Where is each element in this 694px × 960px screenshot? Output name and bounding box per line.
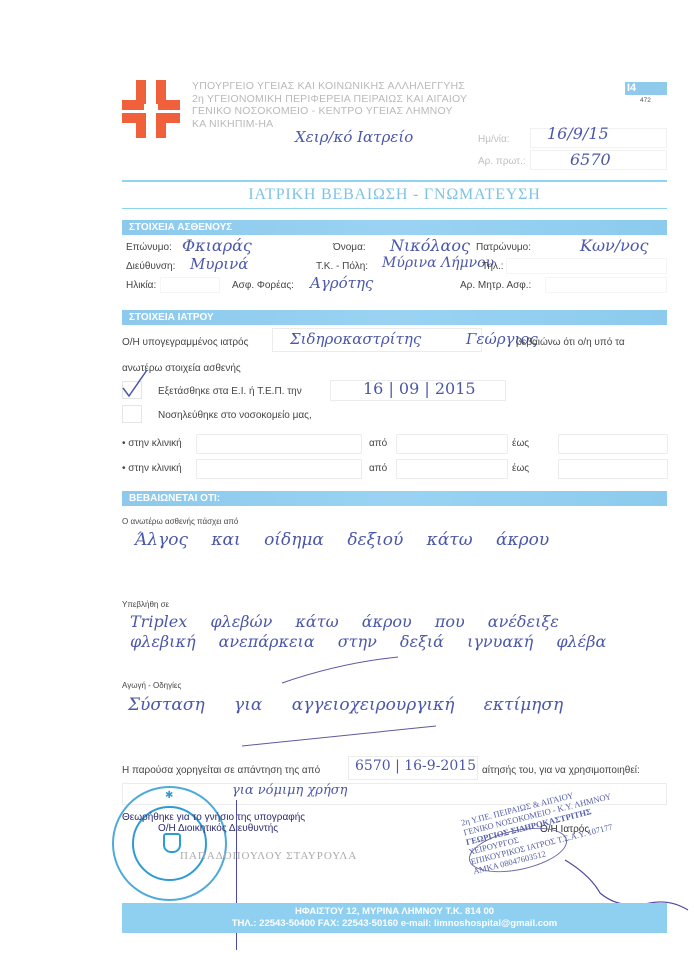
admin-verify-text: Θεωρήθηκε για το γνήσιο της υπογραφής: [122, 812, 305, 823]
form-code-badge: I4: [625, 82, 667, 95]
protocol-value: 6570: [570, 150, 611, 169]
certify-text: βεβαιώνω ότι ο/η υπό τα: [516, 337, 625, 348]
insurer-label: Ασφ. Φορέας:: [232, 280, 294, 291]
suffers-label: Ο ανωτέρω ασθενής πάσχει από: [122, 517, 238, 526]
handwritten-department: Χειρ/κό Ιατρείο: [295, 128, 413, 146]
surname-label: Επώνυμο:: [126, 242, 172, 253]
to-field[interactable]: [558, 434, 668, 454]
ministry-header: ΥΠΟΥΡΓΕΙΟ ΥΓΕΙΑΣ ΚΑΙ ΚΟΙΝΩΝΙΚΗΣ ΑΛΛΗΛΕΓΓ…: [192, 80, 467, 130]
divider: [122, 208, 667, 209]
section-patient-header: ΣΤΟΙΧΕΙΑ ΑΣΘΕΝΟΥΣ: [122, 220, 667, 235]
clinic-label: • στην κλινική: [122, 463, 182, 474]
from-field[interactable]: [396, 459, 508, 479]
section-certified-header: ΒΕΒΑΙΩΝΕΤΑΙ ΟΤΙ:: [122, 491, 667, 506]
checkmark-icon: [121, 374, 151, 396]
request-text-after: αίτησής του, για να χρησιμοποιηθεί:: [482, 765, 640, 776]
to-label: έως: [512, 463, 529, 474]
star-icon: ✱: [165, 790, 173, 801]
examined-label: Εξετάσθηκε στα Ε.Ι. ή Τ.Ε.Π. την: [158, 386, 302, 397]
coat-of-arms-icon: [163, 833, 181, 853]
underwent-value-line2[interactable]: φλεβική ανεπάρκεια στην δεξιά ιγνυακή φλ…: [130, 632, 606, 651]
from-label: από: [369, 463, 387, 474]
request-text-before: Η παρούσα χορηγείται σε απάντηση της από: [122, 765, 320, 776]
footer-address: ΗΦΑΙΣΤΟΥ 12, ΜΥΡΙΝΑ ΛΗΜΝΟΥ Τ.Κ. 814 00: [122, 906, 667, 918]
name-label: Όνομα:: [333, 242, 366, 253]
name-field[interactable]: Νικόλαος: [390, 236, 470, 255]
father-name-label: Πατρώνυμο:: [476, 242, 531, 253]
pen-stroke: [240, 722, 440, 750]
form-number: 472: [640, 97, 651, 104]
clinic-field[interactable]: [196, 459, 362, 479]
ministry-line: ΥΠΟΥΡΓΕΙΟ ΥΓΕΙΑΣ ΚΑΙ ΚΟΙΝΩΝΙΚΗΣ ΑΛΛΗΛΕΓΓ…: [192, 80, 467, 93]
insurer-field[interactable]: Αγρότης: [310, 274, 373, 292]
date-label: Ημ/νία:: [478, 134, 510, 145]
footer-contact-bar: ΗΦΑΙΣΤΟΥ 12, ΜΥΡΙΝΑ ΛΗΜΝΟΥ Τ.Κ. 814 00 Τ…: [122, 903, 667, 933]
section-doctor-header: ΣΤΟΙΧΕΙΑ ΙΑΤΡΟΥ: [122, 310, 667, 325]
address-label: Διεύθυνση:: [126, 261, 175, 272]
insurance-number-label: Αρ. Μητρ. Ασφ.:: [460, 280, 531, 291]
examined-checkbox[interactable]: [122, 381, 142, 399]
city-label: Τ.Κ. - Πόλη:: [316, 261, 368, 272]
underwent-label: Υπεβλήθη σε: [122, 600, 169, 609]
certify-text-2: ανωτέρω στοιχεία ασθενής: [122, 363, 241, 374]
phone-field[interactable]: [506, 258, 667, 274]
clinic-label: • στην κλινική: [122, 438, 182, 449]
to-label: έως: [512, 438, 529, 449]
from-field[interactable]: [396, 434, 508, 454]
page-title: ΙΑΤΡΙΚΗ ΒΕΒΑΙΩΣΗ - ΓΝΩΜΑΤΕΥΣΗ: [122, 186, 667, 204]
city-field[interactable]: Μύρινα Λήμνου: [382, 255, 494, 271]
age-label: Ηλικία:: [126, 280, 156, 291]
admin-director-title: Ο/Η Διοικητικός Διευθυντής: [158, 823, 278, 834]
suffers-value[interactable]: Άλγος και οίδημα δεξιού κάτω άκρου: [135, 530, 549, 550]
admin-name-stamp: ΠΑΠΑΔΟΠΟΥΛΟΥ ΣΤΑΥΡΟΥΛΑ: [180, 850, 357, 862]
age-field[interactable]: [160, 277, 220, 293]
ministry-line: ΓΕΝΙΚΟ ΝΟΣΟΚΟΜΕΙΟ - ΚΕΝΤΡΟ ΥΓΕΙΑΣ ΛΗΜΝΟΥ: [192, 105, 467, 118]
treatment-label: Αγωγή - Οδηγίες: [122, 681, 181, 690]
surname-field[interactable]: Φκιαράς: [182, 236, 252, 255]
request-value: 6570 | 16-9-2015: [355, 758, 476, 774]
address-field[interactable]: Μυρινά: [190, 255, 248, 273]
ministry-line: 2η ΥΓΕΙΟΝΟΜΙΚΗ ΠΕΡΙΦΕΡΕΙΑ ΠΕΙΡΑΙΩΣ ΚΑΙ Α…: [192, 93, 467, 106]
from-label: από: [369, 438, 387, 449]
usage-value: για νόμιμη χρήση: [232, 783, 347, 798]
footer-contacts: ΤΗΛ.: 22543-50400 FAX: 22543-50160 e-mai…: [122, 918, 667, 930]
clinic-field[interactable]: [196, 434, 362, 454]
hospital-cross-logo: [122, 80, 180, 138]
to-field[interactable]: [558, 459, 668, 479]
hospitalized-checkbox[interactable]: [122, 405, 142, 423]
undersigned-label: Ο/Η υπογεγραμμένος ιατρός: [122, 337, 248, 348]
phone-label: Τηλ.:: [482, 261, 504, 272]
insurance-number-field[interactable]: [545, 277, 667, 293]
divider: [122, 180, 667, 182]
underwent-value-line1[interactable]: Triplex φλεβών κάτω άκρου που ανέδειξε: [130, 612, 559, 631]
date-value: 16/9/15: [547, 124, 609, 143]
doctor-name-value: Σιδηροκαστρίτης Γεώργιος: [290, 330, 538, 348]
hospitalized-label: Νοσηλεύθηκε στο νοσοκομείο μας,: [158, 410, 312, 421]
protocol-label: Αρ. πρωτ.:: [478, 156, 526, 167]
pen-stroke: [280, 655, 400, 685]
treatment-value[interactable]: Σύσταση για αγγειοχειρουργική εκτίμηση: [128, 695, 563, 715]
examined-date-value: 16 | 09 | 2015: [363, 379, 476, 398]
father-name-field[interactable]: Κων/νος: [580, 236, 648, 255]
